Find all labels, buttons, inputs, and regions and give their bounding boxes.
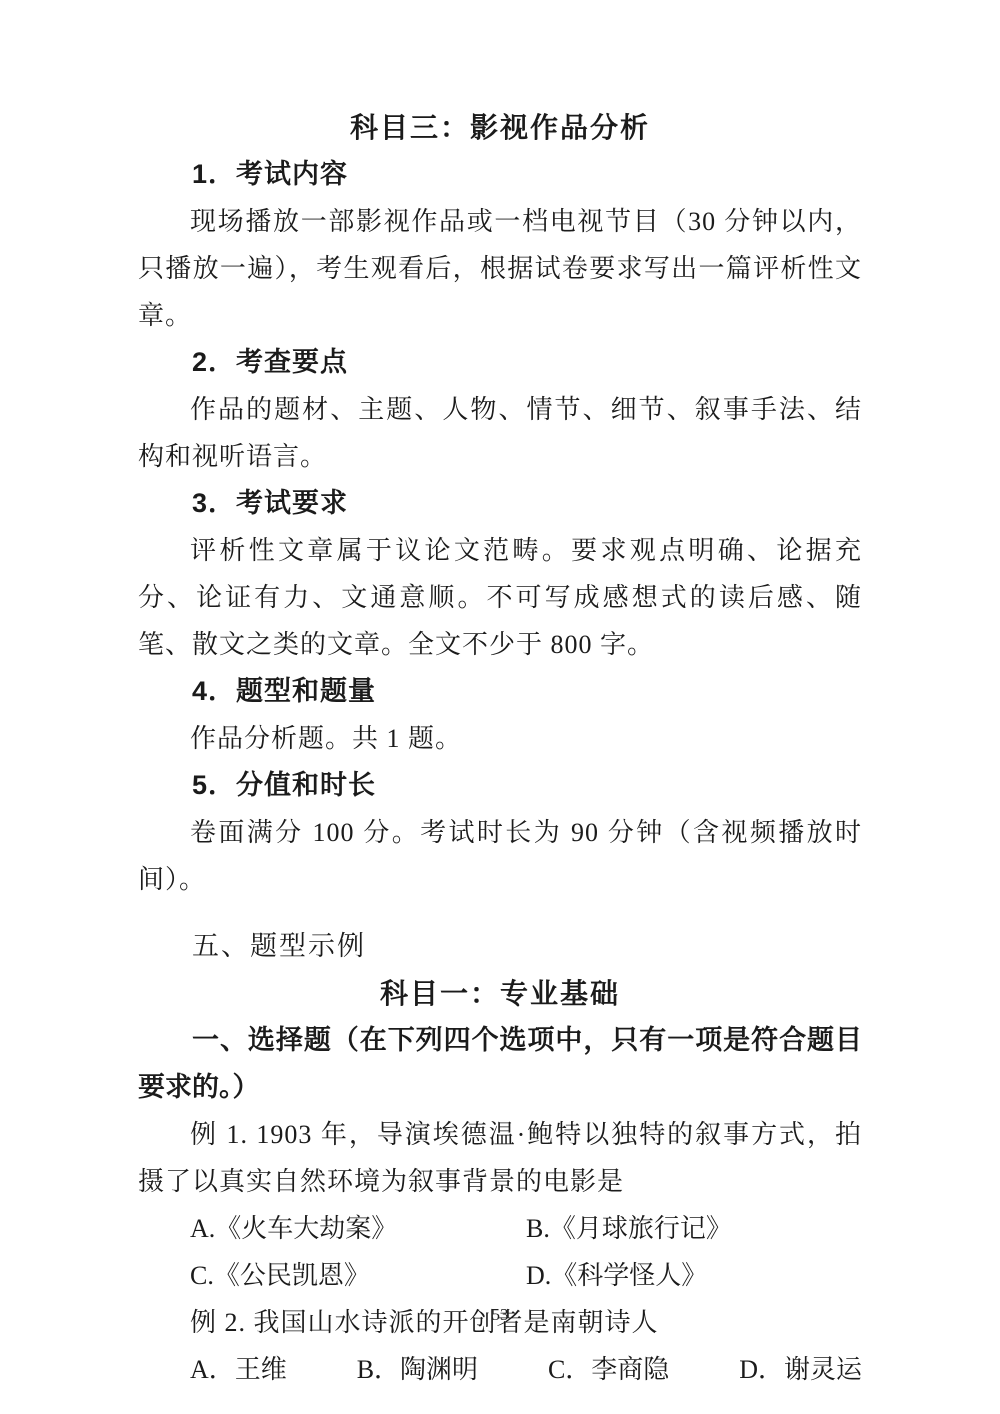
example1-stem: 例 1. 1903 年，导演埃德温·鲍特以独特的叙事方式，拍摄了以真实自然环境为… — [138, 1111, 862, 1205]
section-body-3: 评析性文章属于议论文范畴。要求观点明确、论据充分、论证有力、文通意顺。不可写成感… — [138, 527, 862, 668]
section-heading-5: 5．分值和时长 — [138, 762, 862, 809]
example1-options-row-2: C.《公民凯恩》 D.《科学怪人》 — [138, 1252, 862, 1299]
example2-option-d: D．谢灵运 — [739, 1346, 862, 1393]
example1-option-a: A.《火车大劫案》 — [190, 1205, 526, 1252]
example1-options-row-1: A.《火车大劫案》 B.《月球旅行记》 — [138, 1205, 862, 1252]
section-body-5: 卷面满分 100 分。考试时长为 90 分钟（含视频播放时间）。 — [138, 809, 862, 903]
example1-option-c: C.《公民凯恩》 — [190, 1252, 526, 1299]
section-body-2: 作品的题材、主题、人物、情节、细节、叙事手法、结构和视听语言。 — [138, 386, 862, 480]
subject1-title: 科目一：专业基础 — [138, 970, 862, 1017]
example2-option-b: B．陶渊明 — [357, 1346, 478, 1393]
example2-option-c: C．李商隐 — [548, 1346, 669, 1393]
document-page: 科目三：影视作品分析 1．考试内容 现场播放一部影视作品或一档电视节目（30 分… — [0, 0, 1000, 1414]
section-heading-4: 4．题型和题量 — [138, 668, 862, 715]
examples-part-heading: 五、题型示例 — [138, 923, 862, 970]
subject3-title: 科目三：影视作品分析 — [138, 104, 862, 151]
section-body-4: 作品分析题。共 1 题。 — [138, 715, 862, 762]
section-heading-1: 1．考试内容 — [138, 151, 862, 198]
section-heading-2: 2．考查要点 — [138, 339, 862, 386]
example2-options-row: A．王维 B．陶渊明 C．李商隐 D．谢灵运 — [138, 1346, 862, 1393]
section-body-1: 现场播放一部影视作品或一档电视节目（30 分钟以内，只播放一遍），考生观看后，根… — [138, 198, 862, 339]
example1-option-b: B.《月球旅行记》 — [526, 1205, 862, 1252]
section-heading-3: 3．考试要求 — [138, 480, 862, 527]
mcq-section-heading: 一、选择题（在下列四个选项中，只有一项是符合题目要求的。） — [138, 1017, 862, 1111]
example1-option-d: D.《科学怪人》 — [526, 1252, 862, 1299]
example2-option-a: A．王维 — [190, 1346, 287, 1393]
page-number: 53 — [0, 1303, 1000, 1327]
